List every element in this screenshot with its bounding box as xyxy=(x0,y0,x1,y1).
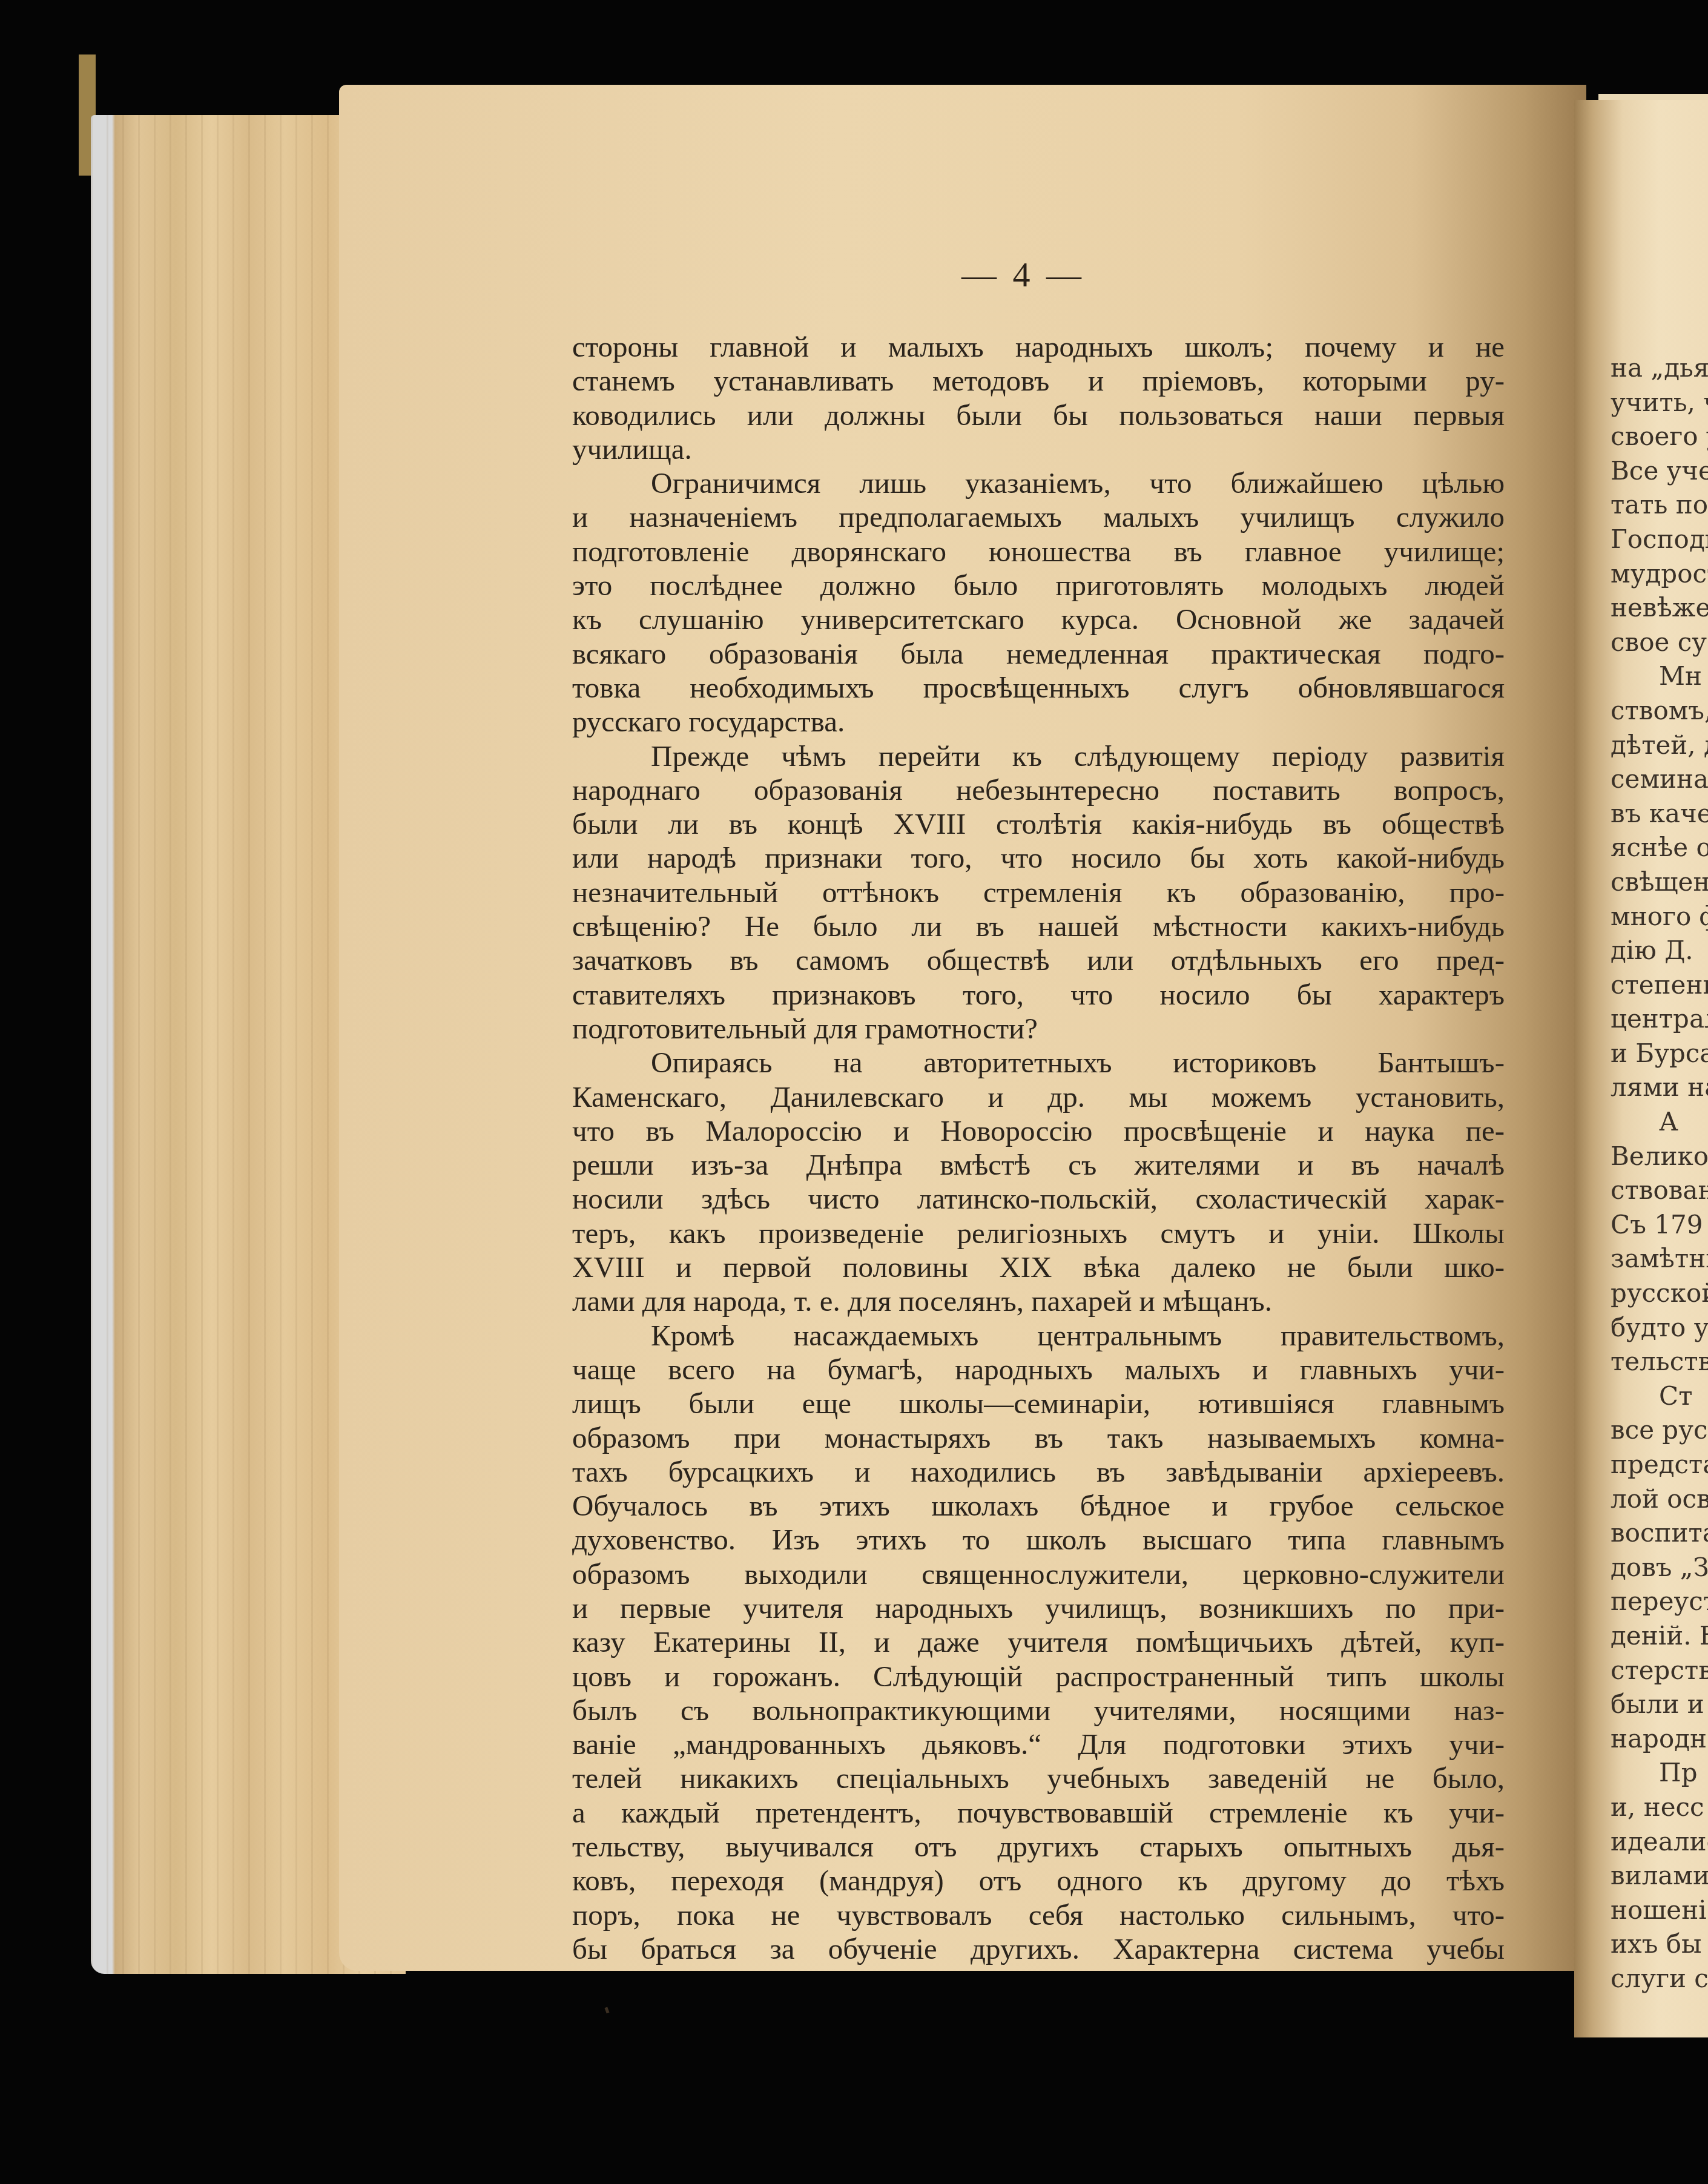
text-line-fragment: лой осв xyxy=(1611,1482,1708,1517)
print-speck xyxy=(604,2007,609,2013)
text-line-fragment: будто у xyxy=(1611,1311,1708,1345)
right-page-text-fragments: на „дьяіучить, чсвоего уВсе учетать поГо… xyxy=(1611,351,1708,1996)
text-line: а каждый претендентъ, почувствовавшій ст… xyxy=(572,1796,1505,1830)
text-line: цовъ и горожанъ. Слѣдующій распространен… xyxy=(572,1660,1505,1694)
text-line-fragment: тельств xyxy=(1611,1345,1708,1379)
text-line: Обучалось въ этихъ школахъ бѣдное и груб… xyxy=(572,1489,1505,1523)
text-line: русскаго государства. xyxy=(572,705,1505,739)
text-line: казу Екатерины II, и даже учителя помѣщи… xyxy=(572,1625,1505,1659)
text-line-fragment: въ каче xyxy=(1611,797,1708,831)
text-line: ваніе „мандрованныхъ дьяковъ.“ Для подго… xyxy=(572,1727,1505,1761)
text-line-fragment: деній. Н xyxy=(1611,1619,1708,1654)
text-line-fragment: лями на xyxy=(1611,1071,1708,1105)
text-line-fragment: мудрост xyxy=(1611,557,1708,592)
text-line-fragment: тать по xyxy=(1611,488,1708,523)
text-line-fragment: ствован xyxy=(1611,1173,1708,1208)
text-line: былъ съ вольнопрактикующими учителями, н… xyxy=(572,1694,1505,1727)
text-line: XVIII и первой половины XIX вѣка далеко … xyxy=(572,1250,1505,1284)
text-line: тахъ бурсацкихъ и находились въ завѣдыва… xyxy=(572,1455,1505,1489)
text-line: и назначеніемъ предполагаемыхъ малыхъ уч… xyxy=(572,500,1505,534)
left-page-body-text: стороны главной и малыхъ народныхъ школъ… xyxy=(572,330,1505,1966)
text-line: стороны главной и малыхъ народныхъ школъ… xyxy=(572,330,1505,364)
text-line: всякаго образованія была немедленная пра… xyxy=(572,637,1505,671)
text-line-fragment: слуги с xyxy=(1611,1962,1708,1996)
text-line: теръ, какъ произведеніе религіозныхъ сму… xyxy=(572,1216,1505,1250)
text-line: къ слушанію университетскаго курса. Осно… xyxy=(572,602,1505,636)
text-line: были ли въ концѣ XVIII столѣтія какія-ни… xyxy=(572,807,1505,841)
text-line-fragment: Пр xyxy=(1611,1756,1708,1790)
text-line: поръ, пока не чувствовалъ себя настолько… xyxy=(572,1898,1505,1932)
text-line-fragment: и Бурса xyxy=(1611,1037,1708,1071)
text-line: образомъ при монастыряхъ въ такъ называе… xyxy=(572,1421,1505,1455)
text-line: Каменскаго, Данилевскаго и др. мы можемъ… xyxy=(572,1080,1505,1114)
text-line-fragment: были и xyxy=(1611,1687,1708,1722)
text-line-fragment: стерств xyxy=(1611,1654,1708,1688)
text-line: носили здѣсь чисто латинско-польскій, сх… xyxy=(572,1182,1505,1216)
text-line-fragment: Все уче xyxy=(1611,454,1708,489)
text-line-fragment: все рус xyxy=(1611,1413,1708,1448)
text-line-fragment: ихъ бы xyxy=(1611,1927,1708,1962)
text-line-fragment: Великой xyxy=(1611,1140,1708,1174)
text-line-fragment: переуст xyxy=(1611,1585,1708,1619)
text-line: или народѣ признаки того, что носило бы … xyxy=(572,841,1505,875)
text-line-fragment: и, несс xyxy=(1611,1790,1708,1825)
text-line-fragment: семинар xyxy=(1611,762,1708,797)
text-line-fragment: ствомъ, xyxy=(1611,694,1708,728)
text-line-fragment: предста xyxy=(1611,1448,1708,1482)
text-line: духовенство. Изъ этихъ то школъ высшаго … xyxy=(572,1523,1505,1557)
text-line: образомъ выходили священнослужители, цер… xyxy=(572,1557,1505,1591)
text-line-fragment: степени xyxy=(1611,968,1708,1003)
text-line-fragment: вилами xyxy=(1611,1859,1708,1893)
text-line: подготовленіе дворянскаго юношества въ г… xyxy=(572,535,1505,569)
text-line: Прежде чѣмъ перейти къ слѣдующему період… xyxy=(572,739,1505,773)
text-line: ковъ, переходя (мандруя) отъ одного къ д… xyxy=(572,1864,1505,1898)
text-line-fragment: народне xyxy=(1611,1722,1708,1757)
text-line: ставителяхъ признаковъ того, что носило … xyxy=(572,978,1505,1012)
text-line-fragment: русской xyxy=(1611,1276,1708,1311)
text-line: телей никакихъ спеціальныхъ учебныхъ зав… xyxy=(572,1761,1505,1795)
text-line: Опираясь на авторитетныхъ историковъ Бан… xyxy=(572,1046,1505,1080)
text-line-fragment: замѣтні xyxy=(1611,1242,1708,1276)
text-line-fragment: учить, ч xyxy=(1611,386,1708,420)
text-line-fragment: ношені xyxy=(1611,1893,1708,1928)
text-line-fragment: централ xyxy=(1611,1002,1708,1037)
text-line: подготовительный для грамотности? xyxy=(572,1012,1505,1046)
text-line: ководились или должны были бы пользовать… xyxy=(572,398,1505,432)
text-line-fragment: А xyxy=(1611,1105,1708,1140)
page-number: — 4 — xyxy=(932,254,1114,295)
text-line-fragment: невѣжес xyxy=(1611,591,1708,625)
text-line-fragment: Мн xyxy=(1611,659,1708,694)
text-line: тельству, выучивался отъ другихъ старыхъ… xyxy=(572,1830,1505,1864)
text-line: Кромѣ насаждаемыхъ центральнымъ правител… xyxy=(572,1319,1505,1353)
text-line: товка необходимыхъ просвѣщенныхъ слугъ о… xyxy=(572,671,1505,705)
text-line: незначительный оттѣнокъ стремленія къ об… xyxy=(572,876,1505,909)
text-line: решли изъ-за Днѣпра вмѣстѣ съ жителями и… xyxy=(572,1148,1505,1182)
text-line-fragment: довъ „З xyxy=(1611,1551,1708,1585)
text-line: это послѣднее должно было приготовлять м… xyxy=(572,569,1505,602)
text-line: бы браться за обученіе другихъ. Характер… xyxy=(572,1932,1505,1966)
text-line-fragment: свое су xyxy=(1611,625,1708,660)
text-line-fragment: Господь xyxy=(1611,523,1708,557)
text-line-fragment: своего у xyxy=(1611,420,1708,454)
text-line-fragment: Ст xyxy=(1611,1379,1708,1414)
text-line-fragment: идеалис xyxy=(1611,1825,1708,1859)
text-line: зачатковъ въ самомъ обществѣ или отдѣльн… xyxy=(572,943,1505,977)
text-line: Ограничимся лишь указаніемъ, что ближайш… xyxy=(572,466,1505,500)
text-line-fragment: свѣщені xyxy=(1611,865,1708,900)
text-line: свѣщенію? Не было ли въ нашей мѣстности … xyxy=(572,909,1505,943)
text-line: и первые учителя народныхъ училищъ, возн… xyxy=(572,1591,1505,1625)
text-line: чаще всего на бумагѣ, народныхъ малыхъ и… xyxy=(572,1353,1505,1387)
text-line-fragment: яснѣе о xyxy=(1611,831,1708,865)
text-line-fragment: воспита xyxy=(1611,1516,1708,1551)
text-line: станемъ устанавливать методовъ и пріемов… xyxy=(572,364,1505,398)
text-line-fragment: много ф xyxy=(1611,900,1708,934)
text-line-fragment: на „дьяі xyxy=(1611,351,1708,386)
text-line: народнаго образованія небезынтересно пос… xyxy=(572,773,1505,807)
text-line-fragment: дѣтей, д xyxy=(1611,728,1708,763)
text-line: что въ Малороссію и Новороссію просвѣщен… xyxy=(572,1114,1505,1148)
text-line: лищъ были еще школы—семинаріи, ютившіяся… xyxy=(572,1387,1505,1420)
text-line: лами для народа, т. е. для поселянъ, пах… xyxy=(572,1284,1505,1318)
text-line-fragment: дію Д. xyxy=(1611,934,1708,968)
text-line: училища. xyxy=(572,432,1505,466)
text-line-fragment: Съ 179 xyxy=(1611,1208,1708,1242)
